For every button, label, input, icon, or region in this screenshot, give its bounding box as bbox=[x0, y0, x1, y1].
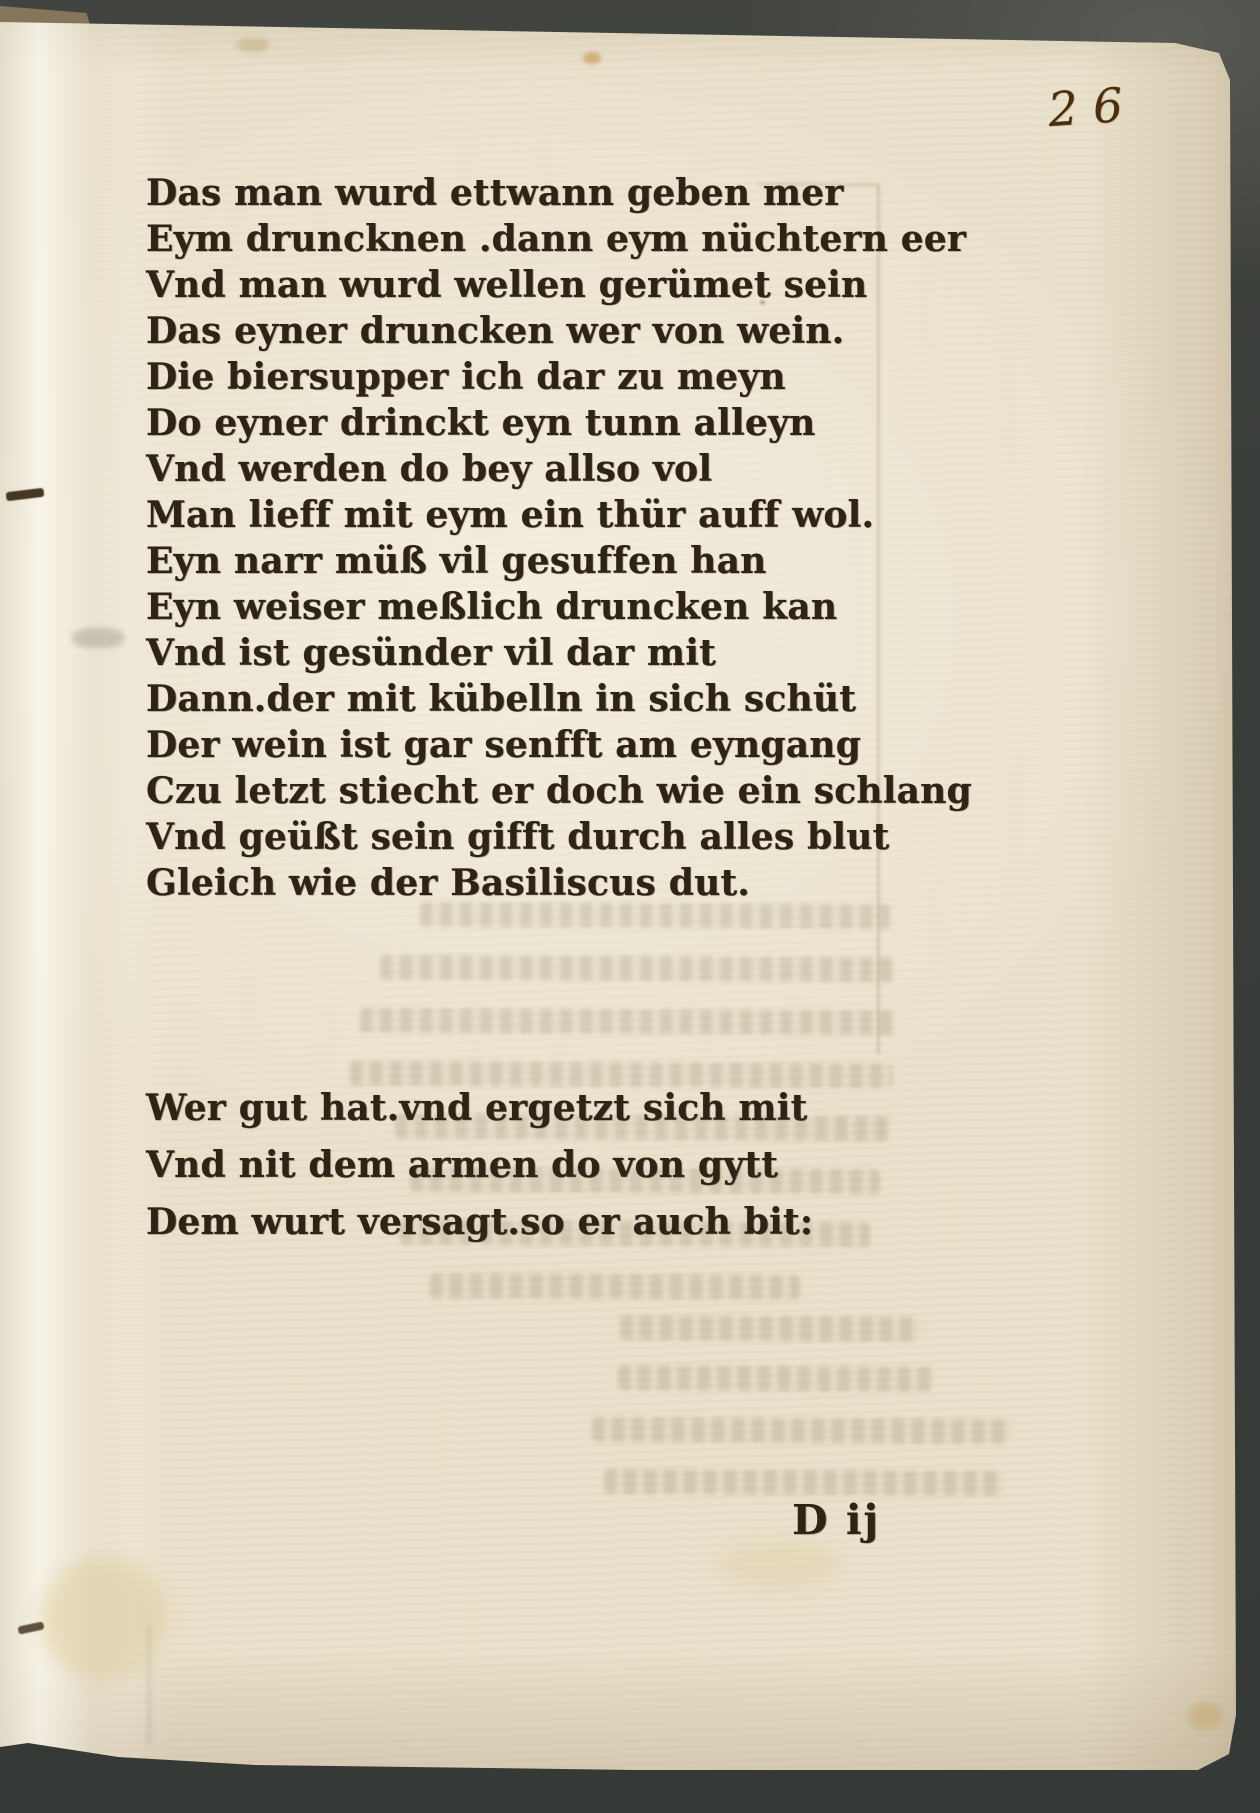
showthrough-line bbox=[592, 1417, 1010, 1444]
poem-line: Vnd man wurd wellen gerümet sein bbox=[146, 262, 972, 308]
poem-line: Eym druncknen .dann eym nüchtern eer bbox=[146, 216, 972, 262]
spine-shading bbox=[0, 0, 130, 1813]
poem-line: Do eyner drinckt eyn tunn alleyn bbox=[146, 400, 972, 446]
signature-mark: D ij bbox=[792, 1496, 880, 1544]
poem-line: Eyn narr müß vil gesuffen han bbox=[146, 538, 972, 584]
scanned-book-page: 26 Das man wurd ettwann geben mer Eym dr… bbox=[0, 0, 1260, 1813]
showthrough-line bbox=[620, 1315, 920, 1342]
showthrough-line bbox=[430, 1273, 800, 1300]
poem-line: Vnd ist gesünder vil dar mit bbox=[146, 630, 972, 676]
poem-line: Das eyner druncken wer von wein. bbox=[146, 308, 972, 354]
poem-line: Dann.der mit kübelln in sich schüt bbox=[146, 676, 972, 722]
poem-line: Das man wurd ettwann geben mer bbox=[146, 170, 972, 216]
poem-line: Vnd geüßt sein gifft durch alles blut bbox=[146, 814, 972, 860]
folio-number: 26 bbox=[1046, 77, 1139, 138]
poem-line: Vnd nit dem armen do von gytt bbox=[146, 1137, 813, 1194]
poem-stanza-2: Wer gut hat.vnd ergetzt sich mit Vnd nit… bbox=[146, 1080, 813, 1251]
poem-line: Die biersupper ich dar zu meyn bbox=[146, 354, 972, 400]
stain bbox=[72, 628, 124, 648]
stain bbox=[1188, 1702, 1222, 1730]
poem-line: Eyn weiser meßlich druncken kan bbox=[146, 584, 972, 630]
poem-line: Der wein ist gar senfft am eyngang bbox=[146, 722, 972, 768]
stain bbox=[38, 1558, 168, 1678]
showthrough-line bbox=[380, 955, 893, 983]
showthrough-line bbox=[360, 1008, 895, 1036]
poem-line: Wer gut hat.vnd ergetzt sich mit bbox=[146, 1080, 813, 1137]
poem-line: Gleich wie der Basiliscus dut. bbox=[146, 860, 972, 906]
poem-line: Czu letzt stiecht er doch wie ein schlan… bbox=[146, 768, 972, 814]
poem-line: Man lieff mit eym ein thür auff wol. bbox=[146, 492, 972, 538]
stain bbox=[236, 38, 270, 52]
showthrough-line bbox=[618, 1365, 933, 1392]
poem-line: Dem wurt versagt.so er auch bit: bbox=[146, 1194, 813, 1251]
poem-stanza-1: Das man wurd ettwann geben mer Eym drunc… bbox=[146, 170, 972, 906]
book-page-paper: 26 Das man wurd ettwann geben mer Eym dr… bbox=[0, 0, 1260, 1813]
showthrough-line bbox=[604, 1469, 1004, 1496]
stain bbox=[720, 1540, 840, 1590]
poem-line: Vnd werden do bey allso vol bbox=[146, 446, 972, 492]
stain bbox=[583, 52, 601, 64]
